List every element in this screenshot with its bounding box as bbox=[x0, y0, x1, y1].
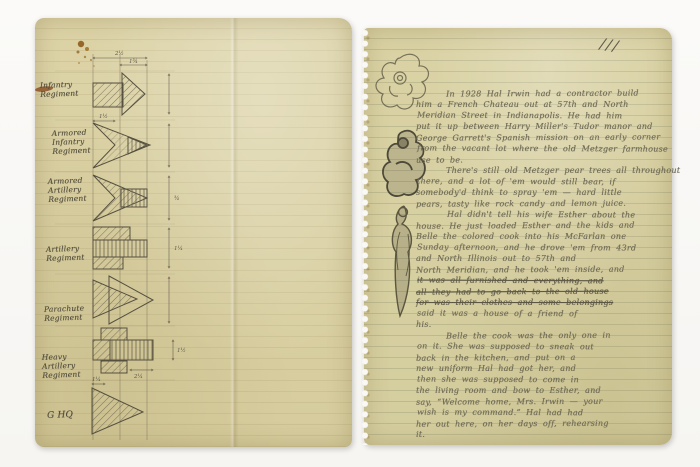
label-heavy-artillery-regiment: Heavy Artillery Regiment bbox=[42, 351, 95, 380]
handwritten-line: Meridian Street in Indianapolis. He had … bbox=[417, 109, 667, 121]
page-number: /// bbox=[599, 35, 621, 56]
handwritten-line: put it up between Harry Miller's Tudor m… bbox=[416, 121, 666, 132]
dim-overall-width: 2½ bbox=[114, 50, 124, 57]
left-page: 2½ 1¾ 1½ ¾ 1¼ 1½ 2¼ 1¼ Infantry Regiment… bbox=[35, 18, 352, 447]
label-armored-artillery-regiment: Armored Artillery Regiment bbox=[48, 175, 101, 204]
dim-row6: 1½ bbox=[177, 347, 186, 354]
label-artillery-regiment: Artillery Regiment bbox=[46, 243, 99, 263]
handwritten-line: There's still old Metzger pear trees all… bbox=[416, 165, 666, 176]
handwritten-line: there, and a lot of 'em would still bear… bbox=[417, 175, 667, 187]
right-page: /// In 1928 Hal Irwin had a contra bbox=[364, 28, 672, 445]
dim-inner-width: 1¾ bbox=[129, 58, 138, 65]
dim-notch: 1½ bbox=[99, 113, 108, 120]
label-infantry-regiment: Infantry Regiment bbox=[40, 79, 93, 99]
handwritten-line: said it was a house of a friend of bbox=[417, 307, 667, 319]
handwritten-line: the living room and bow to Esther, and bbox=[416, 385, 666, 396]
handwritten-line: house. He just loaded Esther and the kid… bbox=[416, 219, 666, 231]
handwritten-line: Belle the colored cook into his McFarlan… bbox=[416, 231, 666, 242]
handwritten-line: Sunday afternoon, and he drove 'em from … bbox=[417, 241, 667, 253]
label-parachute-regiment: Parachute Regiment bbox=[44, 303, 97, 323]
label-armored-infantry-regiment: Armored Infantry Regiment bbox=[52, 127, 105, 156]
handwritten-line: somebody'd think to spray 'em — hard lit… bbox=[416, 187, 666, 198]
handwritten-line: her out here, on her days off, rehearsin… bbox=[416, 417, 666, 429]
handwritten-line: In 1928 Hal Irwin had a contractor build bbox=[416, 87, 666, 99]
dim-row3: ¾ bbox=[174, 195, 179, 202]
handwritten-line: for was their clothes and some belonging… bbox=[416, 297, 666, 308]
handwritten-line: and North Illinois out to 57th and bbox=[416, 253, 666, 264]
handwritten-line: use to be. bbox=[416, 153, 666, 165]
handwritten-line: then she was supposed to come in bbox=[417, 373, 667, 385]
handwritten-line: new uniform Hal had got her, and bbox=[416, 363, 666, 374]
flag-ghq bbox=[92, 388, 143, 434]
handwritten-line: all they had to go back to the old house bbox=[416, 285, 666, 297]
flag-parachute-regiment bbox=[93, 276, 153, 324]
flag-artillery-regiment bbox=[93, 227, 147, 269]
label-ghq: G HQ bbox=[47, 410, 99, 421]
flag-heavy-artillery-regiment bbox=[93, 328, 153, 373]
dim-bar: 2¼ bbox=[133, 373, 143, 380]
handwritten-text: In 1928 Hal Irwin had a contractor build… bbox=[416, 88, 666, 440]
handwritten-line: his. bbox=[416, 319, 666, 330]
dim-row4: 1¼ bbox=[174, 245, 183, 252]
handwritten-line: back in the kitchen, and put on a bbox=[416, 351, 666, 363]
standing-figure-sketch-icon bbox=[392, 206, 411, 316]
handwritten-line: him a French Chateau out at 57th and Nor… bbox=[416, 99, 666, 110]
flag-infantry-regiment bbox=[93, 73, 145, 115]
scanned-document: 2½ 1¾ 1½ ¾ 1¼ 1½ 2¼ 1¼ Infantry Regiment… bbox=[0, 0, 700, 467]
handwritten-line: it. bbox=[416, 429, 666, 440]
